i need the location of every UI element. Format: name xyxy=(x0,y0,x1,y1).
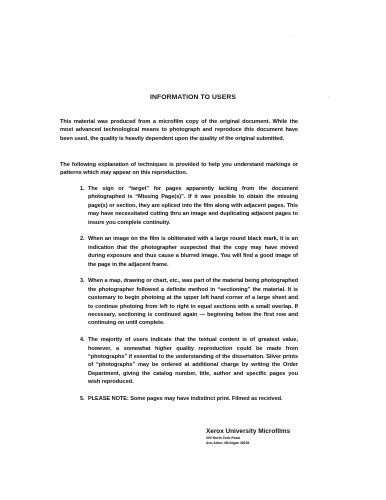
explanation-paragraph: The following explanation of techniques … xyxy=(60,161,298,178)
techniques-list: 1. The sign or “target” for pages appare… xyxy=(80,185,298,404)
list-item-number: 2. xyxy=(80,235,85,243)
list-item-number: 5. xyxy=(80,395,85,403)
list-item: 4. The majority of users indicate that t… xyxy=(80,336,298,386)
list-item-number: 4. xyxy=(80,336,85,344)
list-item-text: The sign or “target” for pages apparentl… xyxy=(88,186,298,226)
publisher-address-line-2: Ann Arbor, Michigan 48106 xyxy=(206,441,290,446)
list-item: 1. The sign or “target” for pages appare… xyxy=(80,185,298,227)
list-item-text: The majority of users indicate that the … xyxy=(88,337,298,385)
document-title: INFORMATION TO USERS xyxy=(0,94,386,101)
document-page: INFORMATION TO USERS This material was p… xyxy=(0,0,386,500)
list-item: 5. PLEASE NOTE: Some pages may have indi… xyxy=(80,395,298,403)
publisher-name: Xerox University Microfilms xyxy=(206,428,290,436)
list-item-text: When an image on the film is obliterated… xyxy=(88,236,298,267)
list-item: 3. When a map, drawing or chart, etc., w… xyxy=(80,277,298,327)
list-item-number: 1. xyxy=(80,185,85,193)
intro-paragraph: This material was produced from a microf… xyxy=(60,118,298,143)
list-item-text: PLEASE NOTE: Some pages may have indisti… xyxy=(88,396,283,402)
publisher-signature: Xerox University Microfilms 300 North Ze… xyxy=(206,428,290,445)
list-item-text: When a map, drawing or chart, etc., was … xyxy=(88,278,298,326)
scan-speck xyxy=(290,36,291,37)
list-item-number: 3. xyxy=(80,277,85,285)
list-item: 2. When an image on the film is oblitera… xyxy=(80,235,298,269)
